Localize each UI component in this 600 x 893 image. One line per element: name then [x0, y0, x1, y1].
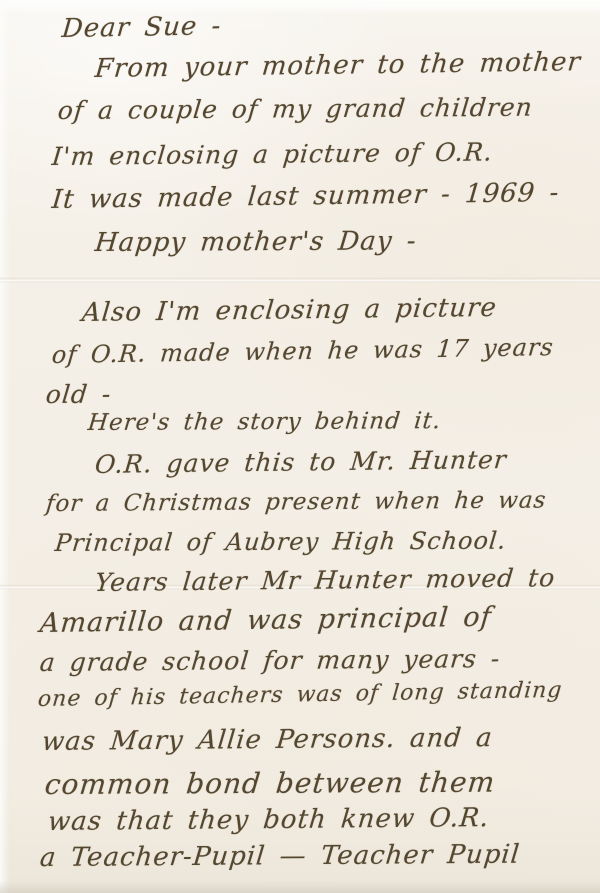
letter-line: Here's the story behind it. — [87, 408, 443, 436]
letter-line: one of his teachers was of long standing — [37, 678, 564, 712]
letter-line: Years later Mr Hunter moved to — [94, 563, 557, 597]
letter-line: From your mother to the mother — [94, 47, 583, 84]
letter-line: O.R. gave this to Mr. Hunter — [94, 445, 509, 479]
letter-line: It was made last summer - 1969 - — [51, 178, 561, 215]
letter-line: common bond between them — [43, 766, 497, 801]
letter-salutation: Dear Sue - — [61, 11, 223, 44]
letter-line: for a Christmas present when he was — [45, 487, 548, 517]
letter-line: was that they both knew O.R. — [47, 803, 491, 837]
letter-line: old - — [45, 380, 113, 409]
letter-line: Amarillo and was principal of — [39, 602, 493, 639]
scan-edge-top — [0, 0, 600, 14]
letter-page: Dear Sue - From your mother to the mothe… — [0, 0, 600, 893]
letter-line: Principal of Aubrey High School. — [54, 527, 508, 557]
letter-line: was Mary Allie Persons. and a — [41, 723, 495, 757]
scan-edge-bottom — [0, 881, 600, 893]
letter-line: Happy mother's Day - — [94, 226, 419, 258]
letter-line: of a couple of my grand children — [57, 93, 535, 125]
letter-line: a grade school for many years - — [39, 644, 502, 677]
letter-line: Also I'm enclosing a picture — [81, 293, 499, 328]
letter-line: I'm enclosing a picture of O.R. — [51, 137, 495, 171]
fold-crease-upper — [0, 277, 600, 283]
letter-line: of O.R. made when he was 17 years — [51, 333, 555, 369]
scan-edge-left — [0, 0, 10, 893]
letter-line: a Teacher-Pupil — Teacher Pupil — [39, 840, 522, 873]
